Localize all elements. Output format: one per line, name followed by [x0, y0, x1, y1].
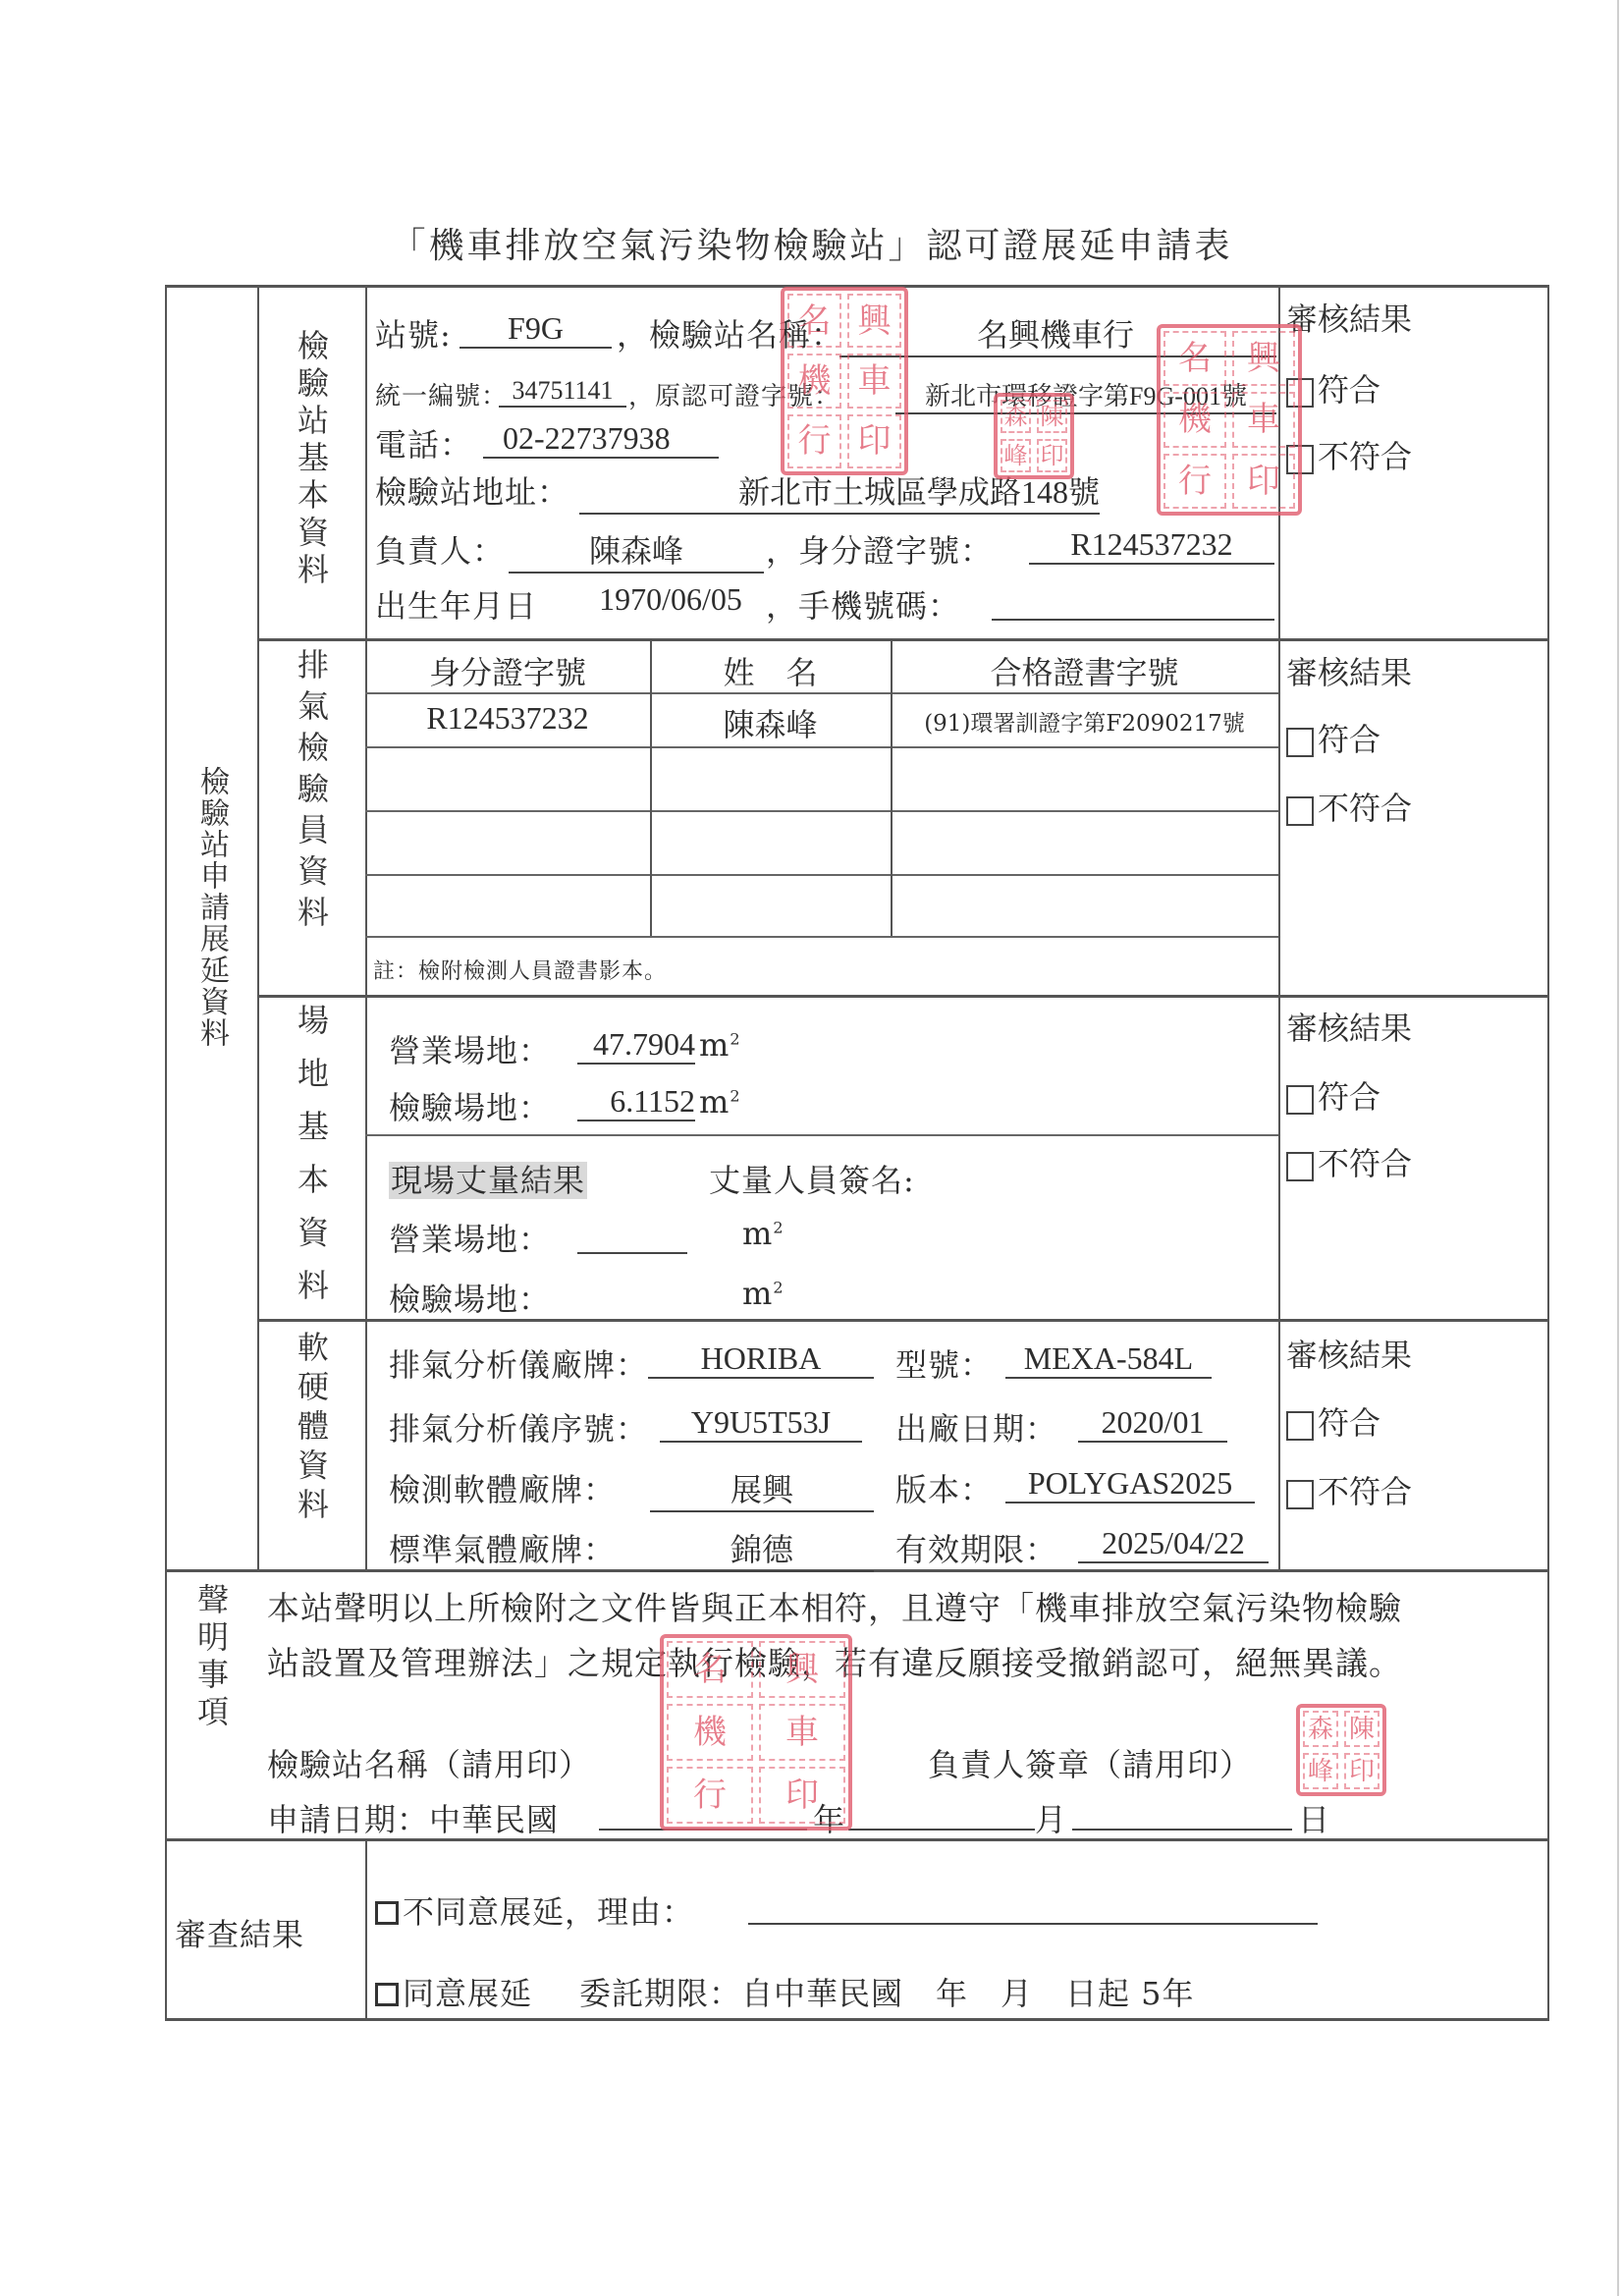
unit-m2: m2 — [742, 1275, 784, 1312]
review-pass-checkbox[interactable]: 符合 — [1286, 1398, 1380, 1444]
owner-label: 負責人： — [375, 526, 505, 572]
expiry-field[interactable]: 2025/04/22 — [1078, 1525, 1269, 1563]
owner-seal-label: 負責人簽章（請用印） — [928, 1740, 1252, 1785]
inspector-row-divider — [365, 746, 1278, 748]
cell-cert: (91)環署訓證字第F2090217號 — [891, 705, 1278, 738]
station-seal-label: 檢驗站名稱（請用印） — [267, 1740, 591, 1785]
station-seal-stamp: 名興 機車 行印 — [1157, 324, 1302, 516]
review-fail-checkbox[interactable]: 不符合 — [1286, 432, 1412, 477]
measured-business-label: 營業場地： — [389, 1215, 551, 1260]
owner-seal-stamp: 森陳 峰印 — [1296, 1704, 1386, 1796]
col-divider-section-label — [365, 285, 367, 1571]
apply-month-field[interactable] — [848, 1829, 1035, 1831]
business-area-field[interactable]: 47.7904 — [577, 1026, 695, 1065]
review-fail-checkbox[interactable]: 不符合 — [1286, 1139, 1412, 1184]
version-field[interactable]: POLYGAS2025 — [1005, 1465, 1255, 1503]
business-area-label: 營業場地： — [389, 1026, 551, 1071]
station-no-label: 站號: — [375, 310, 452, 355]
version-label: 版本： — [895, 1465, 993, 1510]
reject-option[interactable]: 不同意展延，理由： — [375, 1887, 694, 1933]
divider-basic-inspectors — [257, 638, 1549, 641]
model-field[interactable]: MEXA-584L — [1005, 1340, 1212, 1379]
outer-section-label: 檢驗站申請展延資料 — [165, 766, 257, 1049]
review-fail-checkbox[interactable]: 不符合 — [1286, 784, 1412, 829]
phone-label: 電話： — [375, 420, 472, 465]
site-measure-divider — [365, 1134, 1278, 1136]
table-border-bottom — [165, 2018, 1549, 2021]
reject-reason-field[interactable] — [748, 1923, 1318, 1925]
expiry-label: 有效期限： — [895, 1525, 1057, 1570]
outer-label-text: 檢驗站申請展延資料 — [193, 766, 229, 1049]
form-title: 「機車排放空氣污染物檢驗站」認可證展延申請表 — [0, 218, 1623, 268]
checkbox-icon — [375, 1901, 399, 1925]
checkbox-icon — [1286, 728, 1314, 757]
unit-m2: m2 — [742, 1215, 784, 1252]
inspector-note-divider — [365, 936, 1278, 938]
measured-inspection-field[interactable] — [577, 1275, 687, 1312]
col-divider-final-review — [365, 1838, 367, 2020]
mfg-date-label: 出廠日期： — [895, 1404, 1057, 1449]
id-label: ，身分證字號： — [766, 526, 993, 572]
section-label-declaration: 聲明事項 — [165, 1583, 257, 1732]
apply-date-label: 申請日期：中華民國 — [267, 1795, 559, 1840]
model-label: 型號： — [895, 1340, 993, 1386]
review-header: 審核結果 — [1286, 1004, 1412, 1049]
birth-field[interactable]: 1970/06/05 — [577, 581, 764, 618]
inspection-area-label: 檢驗場地： — [389, 1083, 551, 1128]
gas-brand-field[interactable]: 錦德 — [650, 1525, 874, 1572]
section-label-final-review: 審查結果 — [175, 1910, 304, 1955]
checkbox-icon — [1286, 1411, 1314, 1441]
declaration-line-1: 本站聲明以上所檢附之文件皆與正本相符，且遵守「機車排放空氣污染物檢驗 — [267, 1583, 1402, 1629]
checkbox-icon — [1286, 796, 1314, 826]
inspection-area-field[interactable]: 6.1152 — [577, 1083, 695, 1121]
col-header-cert: 合格證書字號 — [891, 648, 1278, 693]
scan-page-edge — [1617, 0, 1619, 2296]
inspector-row-divider — [365, 810, 1278, 812]
measurer-sign-label: 丈量人員簽名: — [709, 1156, 915, 1201]
review-pass-checkbox[interactable]: 符合 — [1286, 715, 1380, 760]
review-pass-checkbox[interactable]: 符合 — [1286, 1072, 1380, 1118]
analyzer-brand-field[interactable]: HORIBA — [648, 1340, 874, 1379]
gas-brand-label: 標準氣體廠牌： — [389, 1525, 616, 1570]
analyzer-brand-label: 排氣分析儀廠牌： — [389, 1340, 648, 1386]
unit-m2: m2 — [699, 1026, 741, 1064]
unit-m2: m2 — [699, 1083, 741, 1121]
measure-title: 現場丈量結果 — [389, 1156, 587, 1201]
col-header-id: 身分證字號 — [365, 648, 650, 693]
id-field[interactable]: R124537232 — [1029, 526, 1274, 565]
mobile-field[interactable] — [992, 581, 1274, 621]
apply-day-field[interactable] — [1072, 1829, 1292, 1831]
unified-no-label: 統一編號： — [375, 376, 508, 412]
approve-option[interactable]: 同意展延 — [375, 1969, 532, 2014]
station-seal-stamp: 名興 機車 行印 — [660, 1634, 852, 1831]
section-label-inspectors: 排氣檢驗員資料 — [257, 648, 365, 937]
cell-id: R124537232 — [365, 700, 650, 737]
day-label: 日 — [1298, 1795, 1330, 1840]
divider-inspectors-site — [257, 995, 1549, 998]
cell-name: 陳森峰 — [650, 700, 891, 745]
review-header: 審核結果 — [1286, 648, 1412, 693]
section-label-basic: 檢驗站基本資料 — [257, 329, 365, 590]
phone-field[interactable]: 02-22737938 — [483, 420, 719, 459]
approve-detail: 委託期限：自中華民國 年 月 日起 5年 — [579, 1969, 1195, 2014]
serial-label: 排氣分析儀序號： — [389, 1404, 648, 1449]
review-header: 審核結果 — [1286, 295, 1412, 340]
checkbox-icon — [1286, 1085, 1314, 1115]
measured-inspection-label: 檢驗場地： — [389, 1275, 551, 1320]
section-label-site: 場地基本資料 — [257, 1004, 365, 1322]
station-no-field[interactable]: F9G — [460, 310, 612, 349]
address-label: 檢驗站地址： — [375, 467, 569, 513]
station-seal-stamp: 名興 機車 行印 — [781, 287, 908, 475]
birth-label: 出生年月日 — [375, 581, 537, 627]
serial-field[interactable]: Y9U5T53J — [660, 1404, 862, 1443]
review-fail-checkbox[interactable]: 不符合 — [1286, 1467, 1412, 1512]
software-brand-label: 檢測軟體廠牌： — [389, 1465, 616, 1510]
inspectors-note: 註：檢附檢測人員證書影本。 — [373, 955, 667, 985]
owner-field[interactable]: 陳森峰 — [509, 526, 764, 574]
measured-business-field[interactable] — [577, 1215, 687, 1254]
checkbox-icon — [1286, 1152, 1314, 1181]
table-border-left — [165, 285, 167, 2020]
owner-seal-stamp: 森陳 峰印 — [994, 393, 1074, 479]
mobile-label: ，手機號碼： — [766, 581, 960, 627]
review-header: 審核結果 — [1286, 1331, 1412, 1376]
section-label-hardware: 軟硬體資料 — [257, 1331, 365, 1527]
unified-no-field[interactable]: 34751141 — [499, 376, 626, 408]
inspector-row-divider — [365, 874, 1278, 876]
month-label: 月 — [1035, 1795, 1067, 1840]
checkbox-icon — [375, 1983, 399, 2006]
table-border-right — [1547, 285, 1549, 2020]
software-brand-field[interactable]: 展興 — [650, 1465, 874, 1512]
col-header-name: 姓 名 — [650, 648, 891, 693]
checkbox-icon — [1286, 1480, 1314, 1509]
mfg-date-field[interactable]: 2020/01 — [1078, 1404, 1227, 1443]
